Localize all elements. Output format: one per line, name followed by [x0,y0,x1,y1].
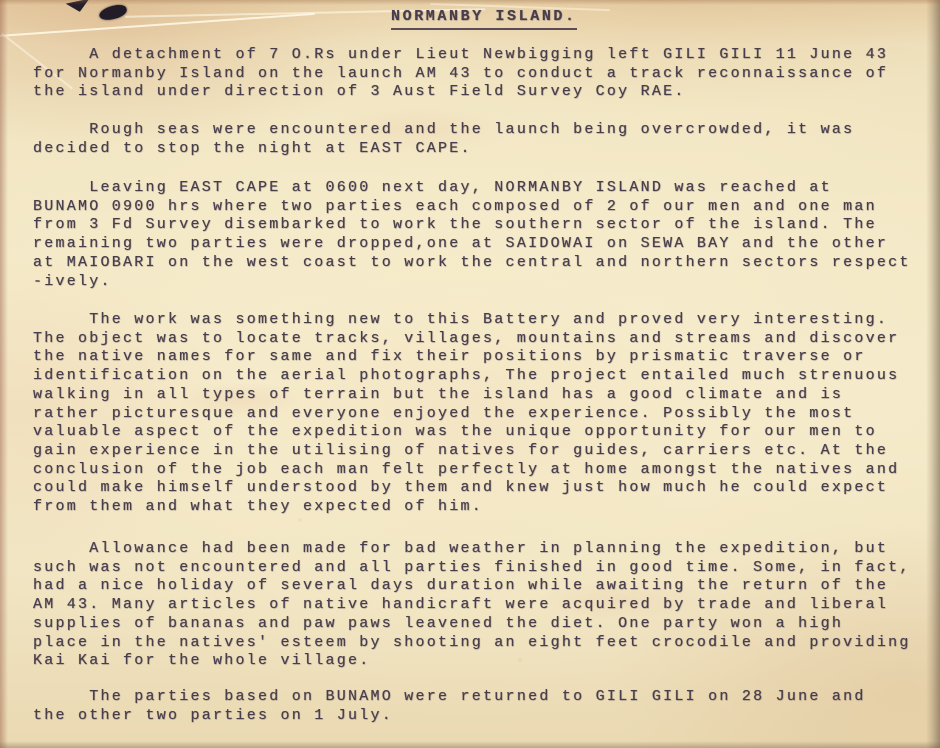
paragraph-return: The parties based on BUNAMO were returne… [33,688,866,725]
paragraph-landing: Leaving EAST CAPE at 0600 next day, NORM… [33,179,911,291]
page-edge-top [0,0,940,5]
document-page: NORMANBY ISLAND. A detachment of 7 O.Rs … [0,0,940,748]
paragraph-rough-seas: Rough seas were encountered and the laun… [33,121,854,158]
paragraph-detachment: A detachment of 7 O.Rs under Lieut Newbi… [33,46,888,102]
page-edge-left [0,0,8,748]
paragraph-weather-trade: Allowance had been made for bad weather … [33,540,911,671]
ink-blot-oval [98,3,128,22]
page-edge-right [926,0,940,748]
page-edge-bottom [0,741,940,748]
paragraph-survey-work: The work was something new to this Batte… [33,311,899,517]
paper-crease [0,13,315,37]
document-title: NORMANBY ISLAND. [391,8,577,30]
